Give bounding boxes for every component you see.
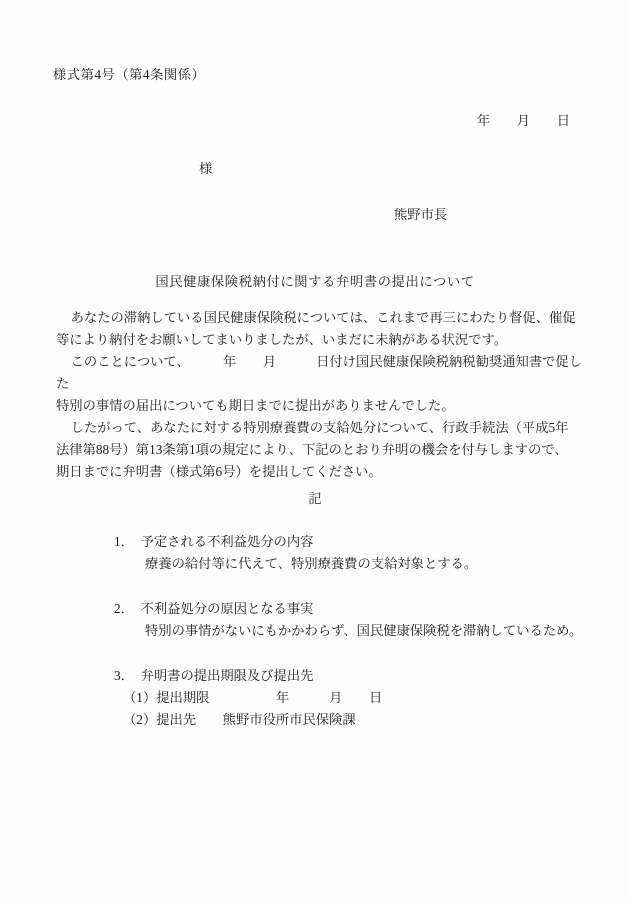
addressee-suffix: 様 [199, 158, 212, 177]
item-heading: 3． 弁明書の提出期限及び提出先 [114, 665, 584, 687]
document-title: 国民健康保険税納付に関する弁明書の提出について [0, 271, 630, 290]
body-line: 法律第88号）第13条第1項の規定により、下記のとおり弁明の機会を付与しますので… [56, 439, 584, 461]
ki-marker: 記 [0, 488, 630, 507]
body-line: 期日までに弁明書（様式第6号）を提出してください。 [56, 461, 584, 483]
document-page: 様式第4号（第4条関係） 年 月 日 様 熊野市長 国民健康保険税納付に関する弁… [0, 0, 630, 903]
item-line: （2）提出先 熊野市役所市民保険課 [114, 709, 584, 731]
list-item: 2． 不利益処分の原因となる事実 特別の事情がないにもかかわらず、国民健康保険税… [114, 598, 584, 643]
item-line: （1）提出期限 年 月 日 [114, 687, 584, 709]
form-number: 様式第4号（第4条関係） [53, 64, 205, 83]
body-line: 特別の事情の届出についても期日までに提出がありませんでした。 [56, 395, 584, 417]
sender-name: 熊野市長 [394, 204, 447, 223]
item-heading: 2． 不利益処分の原因となる事実 [114, 598, 584, 620]
list-item: 3． 弁明書の提出期限及び提出先 （1）提出期限 年 月 日 （2）提出先 熊野… [114, 665, 584, 732]
date-line: 年 月 日 [477, 110, 570, 129]
body-line: あなたの滞納している国民健康保険税については、これまで再三にわたり督促、催促 [56, 307, 584, 329]
body-line: このことについて、 年 月 日付け国民健康保険税納税勧奨通知書で促した [56, 351, 584, 395]
numbered-items: 1． 予定される不利益処分の内容 療養の給付等に代えて、特別療養費の支給対象とす… [114, 531, 584, 732]
body-line: したがって、あなたに対する特別療養費の支給処分について、行政手続法（平成5年 [56, 417, 584, 439]
item-line: 療養の給付等に代えて、特別療養費の支給対象とする。 [114, 553, 584, 575]
list-item: 1． 予定される不利益処分の内容 療養の給付等に代えて、特別療養費の支給対象とす… [114, 531, 584, 576]
item-line: 特別の事情がないにもかかわらず、国民健康保険税を滞納しているため。 [114, 620, 584, 642]
body-text: あなたの滞納している国民健康保険税については、これまで再三にわたり督促、催促 等… [56, 307, 584, 483]
item-heading: 1． 予定される不利益処分の内容 [114, 531, 584, 553]
body-line: 等により納付をお願いしてまいりましたが、いまだに未納がある状況です。 [56, 329, 584, 351]
